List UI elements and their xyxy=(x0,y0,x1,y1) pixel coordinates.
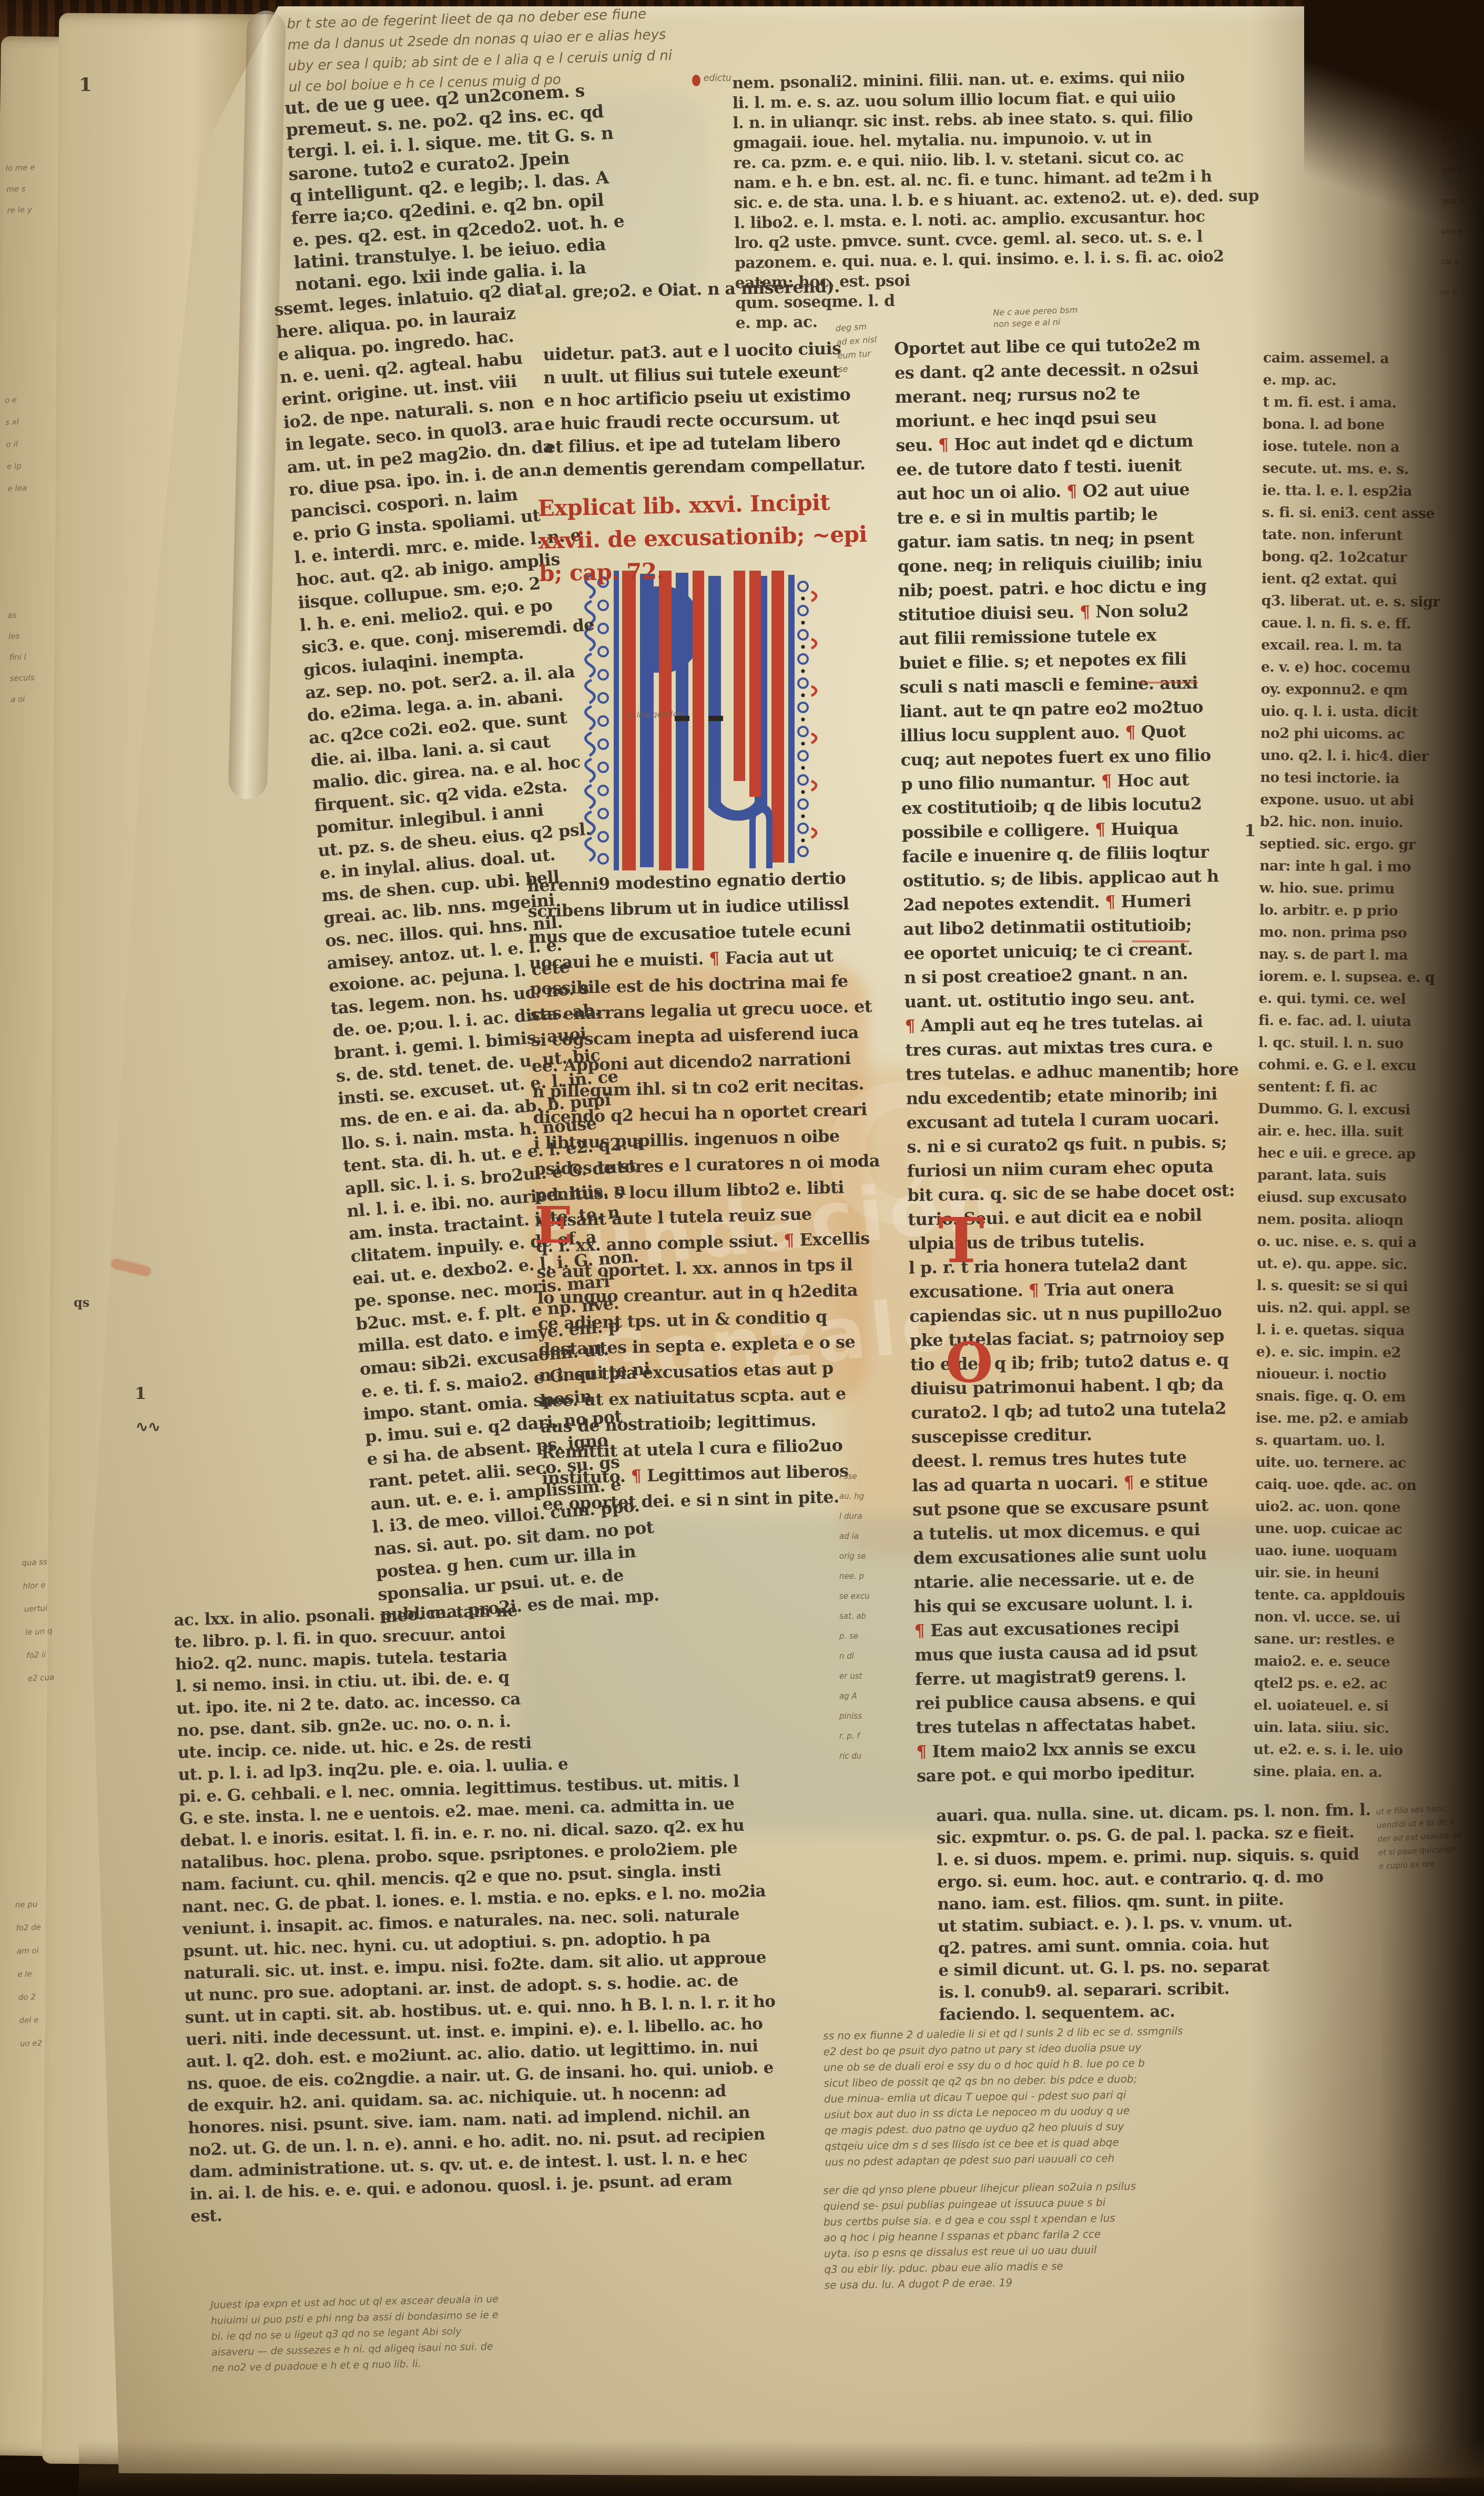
text-line: r. p. f xyxy=(839,1726,870,1746)
text-line: fo2 ii xyxy=(26,1642,54,1667)
right-column: Oportet aut libe ce qui tuto2e2 mes dant… xyxy=(894,331,1264,1788)
text-line: am oi xyxy=(16,1939,42,1963)
text-line: del e xyxy=(19,2008,45,2032)
text-line: o e xyxy=(4,389,24,411)
text-line: do 2 xyxy=(18,1985,44,2009)
underpage-scribble-1: lo me eme sre le y xyxy=(5,157,37,221)
pen-squiggle: ∿∿ xyxy=(136,1418,160,1435)
underpage-scribble-2: o es xlo ile lpe lea xyxy=(4,389,27,500)
text-line: e le xyxy=(17,1962,43,1986)
text-line: as xyxy=(7,604,33,626)
text-line: ne pu xyxy=(15,1892,40,1916)
dark-corner xyxy=(1304,0,1484,242)
red-pilcrow: ¶ xyxy=(1066,481,1077,501)
red-pilcrow: ¶ xyxy=(1105,892,1115,912)
text-line: xxvii. de excusationib; ~epi xyxy=(538,519,825,557)
text-line: e lp xyxy=(6,455,26,478)
text-line: hlor e xyxy=(22,1573,50,1598)
red-pilcrow: ¶ xyxy=(1029,1280,1039,1300)
text-line: i sse xyxy=(839,1466,870,1486)
text-line: s xl xyxy=(5,411,25,433)
red-pilcrow: ¶ xyxy=(938,434,949,454)
red-pilcrow: ¶ xyxy=(784,1230,795,1250)
text-line: piniss xyxy=(839,1706,870,1726)
text-line: a oi xyxy=(11,688,36,710)
text-line: edictu xyxy=(704,73,731,84)
text-line: Explicat lib. xxvi. Incipit xyxy=(537,486,825,525)
text-line: fini l xyxy=(9,646,34,668)
bottom-left-cursive: Juuest ipa expn et ust ad hoc ut ql ex a… xyxy=(210,2284,869,2376)
interlinear-note-1: Ne c aue pereo bsmnon sege e al ni xyxy=(993,304,1078,330)
underpage-scribble-3: aslesfini lseculsa oi xyxy=(7,604,36,710)
text-line: uo e2 xyxy=(19,2031,45,2055)
red-pilcrow: ¶ xyxy=(1080,602,1090,622)
red-pilcrow: ¶ xyxy=(916,1741,927,1761)
text-line: p. se xyxy=(839,1626,870,1646)
drop-cap-T: T xyxy=(938,1210,984,1272)
edict-note: edictu xyxy=(704,73,731,84)
text-line: me s xyxy=(6,178,36,200)
text-line: le un q xyxy=(25,1619,53,1644)
leaf-number-top: 1 xyxy=(79,74,92,96)
text-line: e lea xyxy=(7,477,27,500)
text-line: se xyxy=(838,360,879,376)
margin-qs: qs xyxy=(74,1295,89,1310)
middle-column-upper: uidetur. pat3. aut e l uocito ciuisn uul… xyxy=(543,337,832,482)
text-line: lo me e xyxy=(5,157,35,179)
red-pilcrow: ¶ xyxy=(904,1016,915,1036)
red-pilcrow: ¶ xyxy=(914,1620,924,1640)
red-pilcrow: ¶ xyxy=(1125,722,1135,742)
drop-cap-E: E xyxy=(534,1200,573,1251)
text-line: ad ex nisl xyxy=(836,333,877,349)
text-line: seculs xyxy=(9,667,35,689)
text-line: au. hg xyxy=(839,1486,870,1506)
red-pilcrow: ¶ xyxy=(1095,819,1105,839)
red-pilcrow: ¶ xyxy=(1123,1472,1134,1492)
red-pilcrow: ¶ xyxy=(631,1466,642,1486)
drop-cap-O: O xyxy=(946,1336,993,1391)
text-line: se excu xyxy=(839,1586,870,1606)
text-line: o il xyxy=(6,433,26,455)
red-pilcrow: ¶ xyxy=(1101,771,1112,791)
text-line: er ust xyxy=(839,1666,870,1686)
text-line: nee. p xyxy=(839,1566,870,1586)
rubric: Explicat lib. xxvi. Incipitxxvii. de exc… xyxy=(537,486,826,590)
text-line: ag A xyxy=(839,1686,870,1706)
text-line: uertui xyxy=(24,1596,52,1621)
red-underline xyxy=(1132,940,1190,942)
text-line: e2 cua xyxy=(27,1666,56,1690)
text-line: les xyxy=(8,625,33,647)
gutter-shadow xyxy=(1252,0,1484,2496)
text-line: ric du xyxy=(839,1746,870,1766)
text-line: b; cap. 72. xyxy=(539,552,826,590)
text-line: fo2 de xyxy=(16,1915,42,1940)
middle-column-lower: herenni9 modestino egnatio dertioscriben… xyxy=(527,866,848,1517)
text-line: n dl xyxy=(839,1646,870,1666)
text-line: qua ss xyxy=(21,1550,49,1575)
text-line: sat. ab xyxy=(839,1606,870,1626)
manuscript-photo: Fundación Gonzalo G H xyxy=(0,0,1484,2496)
text-line: ad ia xyxy=(839,1526,870,1546)
red-pilcrow: ¶ xyxy=(709,948,720,968)
red-underline xyxy=(1135,682,1198,684)
leaf-bottom-shadow xyxy=(79,2440,1484,2496)
bottom-left-block: ac. lxx. in alio. psonali. publice. tam … xyxy=(174,1590,863,2227)
text-line: re le y xyxy=(7,199,37,221)
text-line: l dura xyxy=(839,1506,870,1526)
text-line: orig se xyxy=(839,1546,870,1566)
gutter-note-1: deg smad ex nisleum turse xyxy=(835,319,879,377)
gutter-note-2: i sseau. hgl duraad iaorig senee. pse ex… xyxy=(839,1466,870,1766)
margin-one-left: 1 xyxy=(135,1383,146,1403)
